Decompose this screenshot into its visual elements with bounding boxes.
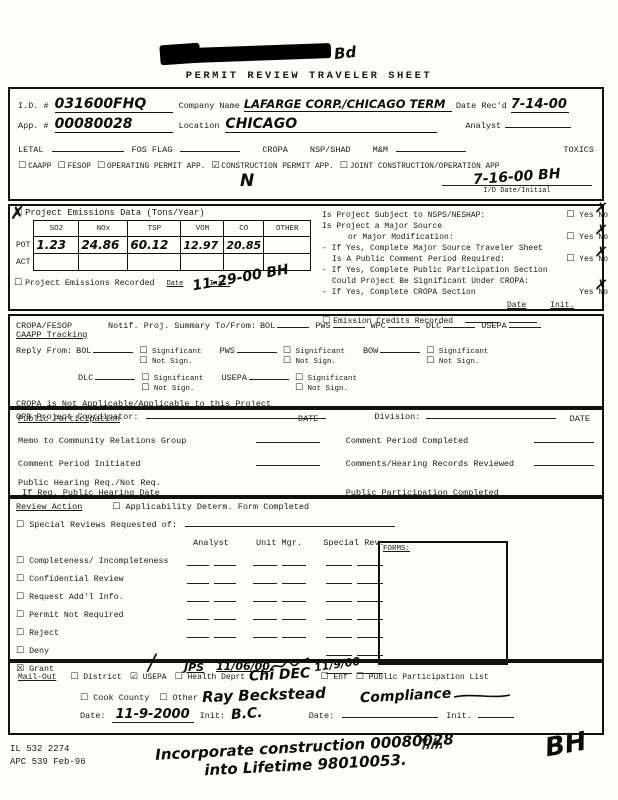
id-value[interactable]: 031600FHQ	[55, 96, 173, 113]
app-value[interactable]: 00080028	[55, 116, 173, 133]
q1-yes-box[interactable]: ☐	[566, 210, 574, 220]
blank-line[interactable]	[214, 593, 236, 602]
addl-info-label: Request Add'l Info.	[29, 593, 124, 602]
mm-blank[interactable]	[396, 143, 466, 152]
act-label: ACT	[14, 254, 34, 271]
analyst-label: Analyst	[465, 121, 501, 131]
enf-checkbox[interactable]: ☐	[320, 672, 328, 682]
dlc-notsig-label: Not Sign.	[154, 385, 195, 393]
other-label: Other	[172, 693, 198, 703]
q1-yes: Yes	[579, 211, 593, 220]
not-required-label: Permit Not Required	[29, 611, 124, 620]
blank-line[interactable]	[187, 557, 209, 566]
pp-date-label-right: DATE	[570, 414, 590, 424]
credits-init-label: Init.	[550, 300, 574, 311]
q2-no-x: ✗	[595, 224, 609, 237]
credits-date-label: Date	[507, 300, 526, 311]
pot-nox[interactable]: 24.86	[81, 238, 119, 252]
bol-sig-pair: ☐ Significant☐ Not Sign.	[139, 347, 201, 367]
emissions-section: ☐ ✗ Project Emissions Data (Tons/Year) S…	[8, 204, 604, 311]
company-name-label: Company Name	[179, 101, 240, 111]
notif-wpc: WPC	[371, 321, 386, 331]
health-dept-checkbox[interactable]: ☐	[175, 672, 183, 682]
bow-significant-label: Significant	[439, 348, 489, 356]
blank-line[interactable]	[282, 575, 306, 584]
caapp-checkbox[interactable]: ☐	[18, 162, 26, 171]
pp-list-checkbox[interactable]: ☐	[356, 672, 364, 682]
app-label: App. #	[18, 121, 49, 131]
tracking-section: CROPA/FESOP Notif. Proj. Summary To/From…	[8, 314, 604, 408]
applicability-checkbox[interactable]: ☐	[112, 502, 120, 512]
caapp-label: CAAPP	[28, 163, 51, 171]
blank-line[interactable]	[214, 611, 236, 620]
pws-significant-checkbox[interactable]: ☐	[283, 346, 291, 356]
dlc-sig-pair: ☐ Significant☐ Not Sign.	[141, 374, 203, 394]
blank-line[interactable]	[326, 629, 352, 638]
reply-from-label: Reply From:	[16, 346, 72, 356]
special-reviews-label: Special Reviews Requested of:	[29, 520, 177, 530]
company-name-value[interactable]: LAFARGE CORP./CHICAGO TERM	[244, 97, 452, 112]
reply-bol: BOL	[76, 346, 91, 356]
redaction-blob	[159, 43, 200, 66]
notif-bol-blank[interactable]	[277, 319, 309, 328]
mailout-init-label: Init:	[200, 711, 226, 721]
blank-line[interactable]	[326, 647, 352, 656]
mail-out-section: Mail-Out ☐ District ☑ USEPA ☐ Health Dep…	[8, 661, 604, 735]
pp-memo-label: Memo to Community Relations Group	[18, 436, 256, 446]
pp-records-blank[interactable]	[534, 457, 594, 466]
review-heading: Review Action	[16, 502, 82, 512]
notif-dlc: DLC	[426, 321, 441, 331]
addl-info-checkbox[interactable]: ☐	[16, 592, 24, 602]
blank-line[interactable]	[214, 575, 236, 584]
notif-usepa-blank[interactable]	[509, 319, 541, 328]
notif-wpc-blank[interactable]	[388, 319, 420, 328]
special-reviews-checkbox[interactable]: ☐	[16, 520, 24, 530]
form-number: IL 532 2274	[10, 744, 69, 754]
cook-county-checkbox[interactable]: ☐	[80, 693, 88, 703]
blank-line[interactable]	[282, 593, 306, 602]
col-tsp: TSP	[128, 221, 181, 237]
pp-completed-blank[interactable]	[534, 434, 594, 443]
pws-notsig-checkbox[interactable]: ☐	[283, 356, 291, 366]
dlc-notsig-checkbox[interactable]: ☐	[141, 383, 149, 393]
id-date-label: I/D Date/Initial	[442, 185, 592, 195]
pws-notsig-label: Not Sign.	[295, 358, 336, 366]
usepa-significant-checkbox[interactable]: ☐	[295, 373, 303, 383]
construction-permit-label: CONSTRUCTION PERMIT APP.	[221, 163, 333, 171]
notif-label: Notif. Proj. Summary To/From:	[108, 321, 256, 331]
reply-pws-blank[interactable]	[237, 344, 277, 353]
notif-usepa: USEPA	[481, 321, 507, 331]
page-title: PERMIT REVIEW TRAVELER SHEET	[0, 70, 618, 82]
dlc-significant-label: Significant	[154, 375, 204, 383]
pp-list-label: Public Participation List	[369, 673, 489, 682]
pot-row: POT 1.23 24.86 60.12 12.97 20.85	[14, 237, 311, 254]
q3-yes-box[interactable]: ☐	[566, 254, 574, 264]
col-unit-mgr: Unit Mgr.	[246, 538, 312, 548]
compliance-tail-stroke	[453, 692, 511, 700]
pp-initiated-blank[interactable]	[256, 457, 320, 466]
notif-pws-blank[interactable]	[333, 319, 365, 328]
col-other: OTHER	[264, 221, 311, 237]
pp-initiated-label: Comment Period Initiated	[18, 459, 256, 469]
bol-significant-checkbox[interactable]: ☐	[139, 346, 147, 356]
pws-significant-label: Significant	[295, 348, 345, 356]
q3-yes: Yes	[579, 255, 593, 264]
toxics-label: TOXICS	[563, 145, 594, 155]
pp-completed-label: Comment Period Completed	[346, 436, 535, 446]
construction-permit-checkbox[interactable]: ☑	[211, 162, 219, 171]
header-section: I.D. # 031600FHQ Company Name LAFARGE CO…	[8, 87, 604, 201]
mailout-date2-blank[interactable]	[342, 709, 438, 718]
completeness-checkbox[interactable]: ☐	[16, 556, 24, 566]
emissions-table: SO2 NOx TSP VOM CO OTHER POT 1.23 24.86 …	[14, 220, 311, 271]
notif-bol: BOL	[260, 321, 275, 331]
sub-public-participation: - If Yes, Complete Public Participation …	[322, 265, 548, 276]
cook-county-label: Cook County	[93, 693, 149, 703]
blank-line[interactable]	[253, 611, 277, 620]
reply-bow-blank[interactable]	[380, 344, 420, 353]
blank-line[interactable]	[282, 611, 306, 620]
blank-line[interactable]	[187, 629, 209, 638]
compliance-hw: Compliance	[359, 686, 451, 707]
blank-line[interactable]	[326, 611, 352, 620]
pot-co[interactable]: 20.85	[226, 239, 261, 252]
blank-line[interactable]	[187, 593, 209, 602]
pot-vom[interactable]: 12.97	[183, 239, 218, 252]
reject-label: Reject	[29, 629, 59, 638]
bow-sig-pair: ☐ Significant☐ Not Sign.	[426, 347, 488, 367]
applicability-label: Applicability Determ. Form Completed	[126, 502, 310, 512]
id-label: I.D. #	[18, 101, 49, 111]
special-reviews-blank[interactable]	[185, 518, 395, 527]
notif-dlc-blank[interactable]	[443, 319, 475, 328]
usepa-sig-pair: ☐ Significant☐ Not Sign.	[295, 374, 357, 394]
scanned-form-page: Bd PERMIT REVIEW TRAVELER SHEET I.D. # 0…	[0, 0, 618, 800]
operating-permit-label: OPERATING PERMIT APP.	[107, 163, 205, 171]
bow-significant-checkbox[interactable]: ☐	[426, 346, 434, 356]
blank-line[interactable]	[253, 557, 277, 566]
emissions-date-label: Date	[167, 280, 184, 288]
q2-yes: Yes	[579, 233, 593, 242]
pot-label: POT	[14, 237, 34, 254]
forms-box: FORMS:	[378, 541, 508, 665]
cropa-label: CROPA	[262, 145, 288, 155]
emissions-heading: Project Emissions Data (Tons/Year)	[25, 208, 205, 218]
operating-permit-checkbox[interactable]: ☐	[97, 162, 105, 171]
nsp-shad-label: NSP/SHAD	[310, 145, 351, 155]
bol-notsig-checkbox[interactable]: ☐	[139, 356, 147, 366]
q-cropa-significant: Could Project Be Significant Under CROPA…	[332, 276, 529, 287]
other-hw: Ray Beckstead	[202, 684, 326, 706]
fos-flag-label: FOS FLAG	[132, 145, 173, 155]
q-nsps: Is Project Subject to NSPS/NESHAP:	[322, 210, 485, 221]
bow-notsig-label: Not Sign.	[439, 358, 480, 366]
reply-pws: PWS	[220, 346, 235, 356]
not-required-checkbox[interactable]: ☐	[16, 610, 24, 620]
pp-hearing-label: Public Hearing Req./Not Req.	[18, 478, 161, 488]
location-value[interactable]: CHICAGO	[225, 116, 437, 133]
mailout-date-value[interactable]: 11-9-2000	[112, 707, 194, 723]
q-major-source: Is Project a Major Source	[322, 221, 442, 232]
form-revision: APC 539 Feb-96	[10, 757, 86, 767]
mailout-date2-label: Date:	[309, 711, 335, 721]
reply-bol-blank[interactable]	[93, 344, 133, 353]
reply-usepa: USEPA	[221, 373, 247, 383]
reply-dlc: DLC	[78, 373, 93, 383]
district-label: District	[83, 673, 121, 682]
usepa-notsig-checkbox[interactable]: ☐	[295, 383, 303, 393]
mm-label: M&M	[373, 145, 388, 155]
pp-heading: Public Participation	[18, 414, 120, 424]
col-vom: VOM	[181, 221, 224, 237]
mailout-date-label: Date:	[80, 711, 106, 721]
mailout-init-value[interactable]: B.C.	[231, 705, 264, 723]
emissions-recorded-label: Project Emissions Recorded	[25, 279, 154, 288]
mailout-init2-label: Init.	[446, 711, 472, 721]
date-recd-value[interactable]: 7-14-00	[511, 97, 569, 113]
bol-significant-label: Significant	[152, 348, 202, 356]
joint-permit-checkbox[interactable]: ☐	[340, 162, 348, 171]
dlc-significant-checkbox[interactable]: ☐	[141, 373, 149, 383]
pp-date-label-left: DATE	[298, 414, 318, 424]
blank-line[interactable]	[326, 575, 352, 584]
footer-note: Incorporate construction 00080028 into L…	[139, 729, 470, 782]
q2-yes-box[interactable]: ☐	[566, 232, 574, 242]
health-dept-label: Health Deprt	[188, 673, 246, 682]
pp-records-label: Comments/Hearing Records Reviewed	[346, 459, 535, 469]
q4-no-x: ✗	[595, 279, 609, 292]
q3-no-x: ✗	[595, 246, 609, 259]
q-comment-period: Is A Public Comment Period Required:	[332, 254, 505, 265]
scribble-mark	[424, 738, 441, 752]
deny-checkbox[interactable]: ☐	[16, 646, 24, 656]
date-recd-label: Date Rec'd	[456, 101, 507, 111]
letal-blank[interactable]	[52, 143, 124, 152]
emissions-x-mark: ✗	[10, 203, 25, 224]
pp-memo-blank[interactable]	[256, 434, 320, 443]
footer-initials-hw: BH	[543, 727, 589, 764]
reply-bow: BOW	[363, 346, 378, 356]
q1-no-x: ✗	[595, 202, 609, 215]
mailout-heading: Mail-Out	[18, 673, 56, 682]
pot-so2[interactable]: 1.23	[36, 238, 66, 252]
fesop-checkbox[interactable]: ☐	[57, 162, 65, 171]
bol-notsig-label: Not Sign.	[152, 358, 193, 366]
sub-major-source: - If Yes, Complete Major Source Traveler…	[322, 243, 543, 254]
other-checkbox[interactable]: ☐	[159, 693, 167, 703]
q-major-mod: or Major Modification:	[348, 232, 454, 243]
blank-line[interactable]	[282, 629, 306, 638]
confidential-label: Confidential Review	[29, 575, 124, 584]
blank-line[interactable]	[253, 575, 277, 584]
mailout-init2-blank[interactable]	[478, 709, 514, 718]
bow-notsig-checkbox[interactable]: ☐	[426, 356, 434, 366]
blank-line[interactable]	[253, 629, 277, 638]
usepa-label: USEPA	[143, 673, 167, 682]
pot-other[interactable]	[264, 237, 311, 254]
construction-note-hw: N	[240, 171, 254, 191]
col-analyst: Analyst	[182, 538, 240, 548]
usepa-significant-label: Significant	[308, 375, 358, 383]
enf-label: Enf	[333, 673, 347, 682]
pot-tsp[interactable]: 60.12	[130, 238, 168, 252]
blank-line[interactable]	[187, 575, 209, 584]
usepa-notsig-label: Not Sign.	[308, 385, 349, 393]
completeness-label: Completeness/ Incompleteness	[29, 557, 168, 566]
usepa-checkbox[interactable]: ☑	[130, 672, 138, 682]
reply-dlc-blank[interactable]	[95, 371, 135, 380]
district-checkbox[interactable]: ☐	[70, 672, 78, 682]
forms-label: FORMS:	[383, 545, 410, 553]
location-label: Location	[179, 121, 220, 131]
top-annotation: Bd	[333, 43, 357, 63]
review-action-section: Review Action ☐ Applicability Determ. Fo…	[8, 497, 604, 661]
blank-line[interactable]	[187, 611, 209, 620]
deny-label: Deny	[29, 647, 49, 656]
health-dept-hw: Chi DEC	[249, 665, 311, 684]
reply-usepa-blank[interactable]	[249, 371, 289, 380]
sub-cropa: - If Yes, Complete CROPA Section	[322, 287, 476, 298]
q4-yes: Yes	[579, 288, 593, 297]
fos-flag-blank[interactable]	[180, 143, 240, 152]
tracking-heading2: CAAPP Tracking	[16, 330, 596, 340]
blank-line[interactable]	[326, 557, 352, 566]
col-so2: SO2	[34, 221, 79, 237]
blank-line[interactable]	[253, 593, 277, 602]
blank-line[interactable]	[214, 557, 236, 566]
blank-line[interactable]	[282, 557, 306, 566]
notif-pws: PWS	[315, 321, 330, 331]
reject-checkbox[interactable]: ☐	[16, 628, 24, 638]
emissions-recorded-checkbox[interactable]: ☐	[14, 279, 22, 288]
fesop-label: FESOP	[68, 163, 91, 171]
blank-line[interactable]	[214, 629, 236, 638]
blank-line[interactable]	[326, 593, 352, 602]
public-participation-section: Public Participation DATE DATE Memo to C…	[8, 408, 604, 497]
letal-label: LETAL	[18, 145, 44, 155]
col-nox: NOx	[79, 221, 128, 237]
id-date-hw: 7-16-00 BH	[473, 166, 561, 188]
analyst-blank[interactable]	[505, 119, 571, 128]
pws-sig-pair: ☐ Significant☐ Not Sign.	[283, 347, 345, 367]
col-co: CO	[224, 221, 264, 237]
confidential-checkbox[interactable]: ☐	[16, 574, 24, 584]
